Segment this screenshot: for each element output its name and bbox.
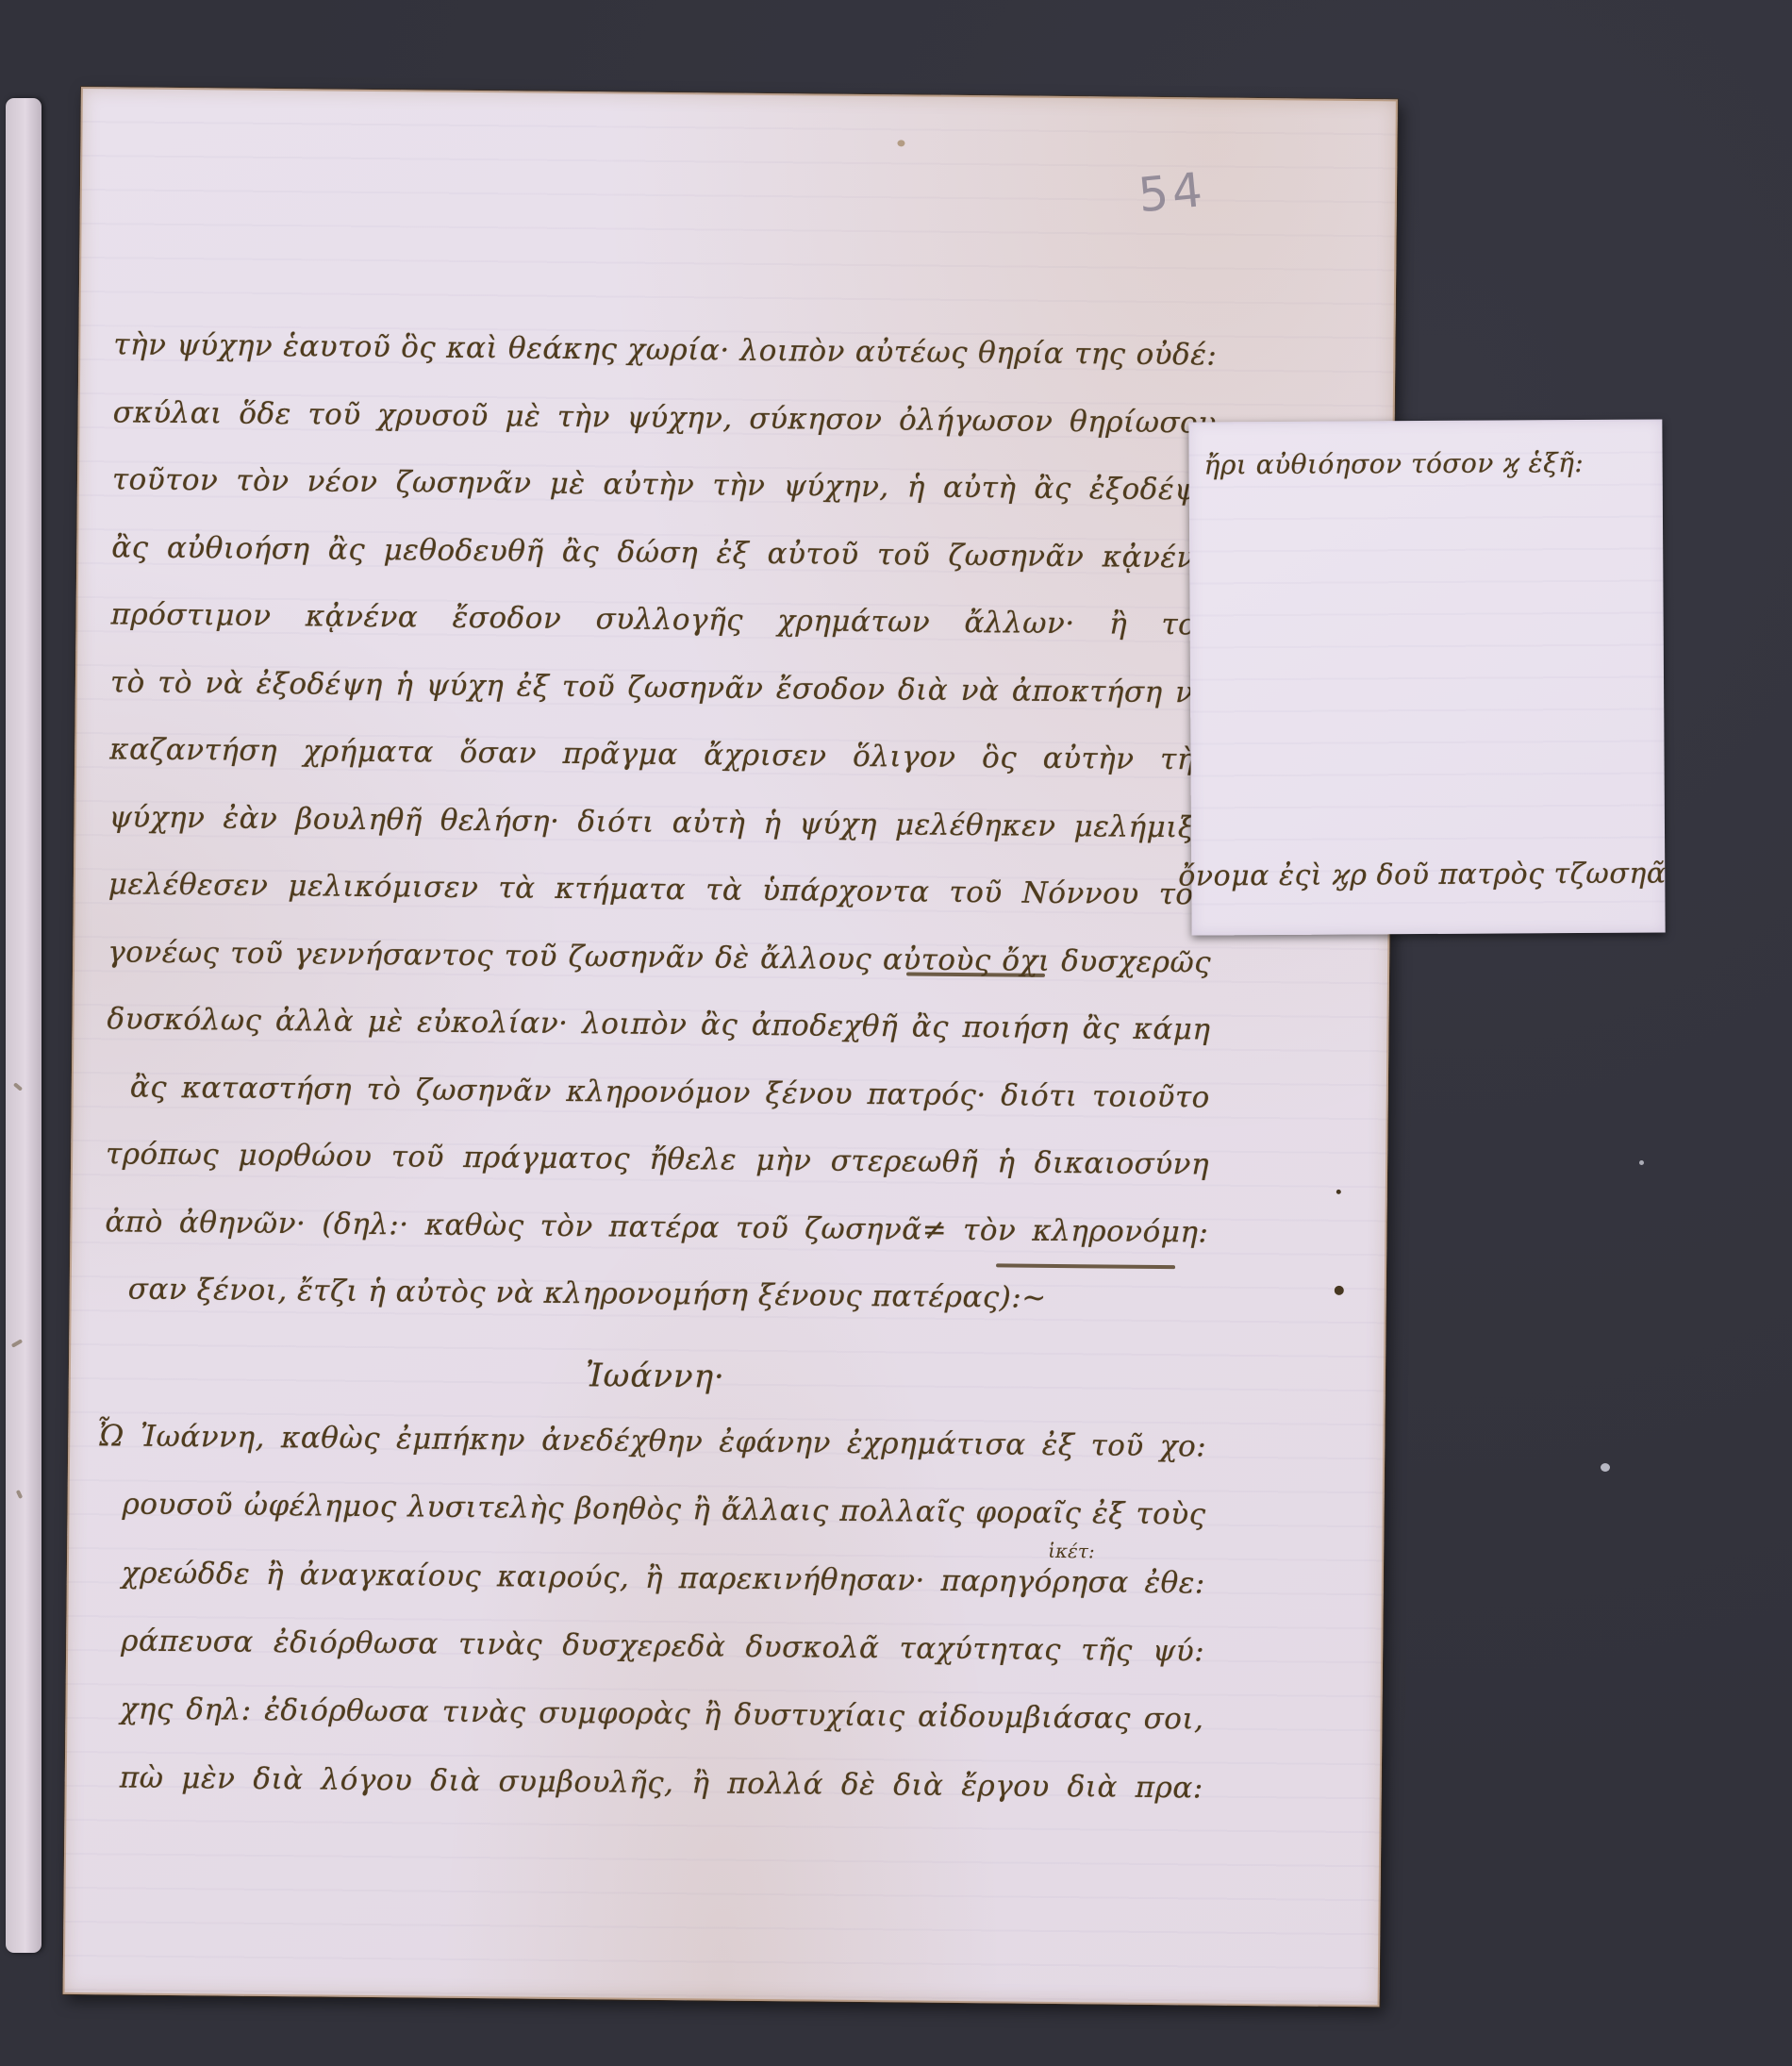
paper-speck [897, 140, 904, 146]
ink-blot [1335, 1286, 1344, 1295]
paragraph-line: Ὦ Ἰωάννη, καθὼς ἐμπήκην ἀνεδέχθην ἐφάνην… [96, 1417, 1206, 1471]
marginal-slip: ἤρι αὐθιόησον τόσον ϗ ἑξῆ: ὄνομα ἐςὶ ϗρ … [1188, 419, 1665, 935]
edge-ink-trace [13, 1082, 23, 1091]
manuscript-page: 54 τὴν ψύχην ἑαυτοῦ ὃς καὶ θεάκης χωρία·… [63, 87, 1398, 2007]
interlinear-insertion: ἱκέτ: [1048, 1541, 1218, 1562]
underline-mark [996, 1263, 1175, 1269]
slip-note-line-2: ὄνομα ἐςὶ ϗρ δοῦ πατρὸς τζωσηᾶ [1178, 855, 1666, 894]
manuscript-line: πρόστιμον κᾀνένα ἔσοδον συλλογῆς χρημάτω… [110, 595, 1214, 649]
paper-speck [1639, 1160, 1644, 1165]
manuscript-line: σαν ξένοι, ἔτζι ἡ αὐτὸς νὰ κληρονομήση ξ… [128, 1271, 1166, 1325]
manuscript-line: τρόπως μορθώου τοῦ πράγματος ἤθελε μὴν σ… [106, 1135, 1209, 1189]
paper-speck [1601, 1463, 1610, 1472]
edge-ink-trace [16, 1490, 23, 1499]
edge-ink-trace [11, 1339, 23, 1347]
manuscript-line: τὸ τὸ νὰ ἐξοδέψη ἡ ψύχη ἐξ τοῦ ζωσηνᾶν ἔ… [110, 663, 1214, 717]
section-heading: Ἰωάννη· [104, 1352, 1207, 1401]
paragraph-line: χης δηλ: ἐδιόρθωσα τινὰς συμφορὰς ἢ δυστ… [120, 1690, 1203, 1743]
paragraph-line: ρουσοῦ ὠφέλημος λυσιτελὴς βοηθὸς ἢ ἄλλαι… [122, 1485, 1205, 1539]
manuscript-line: μελέθεσεν μελικόμισεν τὰ κτήματα τὰ ὑπάρ… [108, 865, 1212, 919]
paragraph-line: χρεώδδε ἢ ἀναγκαίους καιρούς, ἢ παρεκινή… [122, 1554, 1205, 1608]
paragraph-line: πὼ μὲν διὰ λόγου διὰ συμβουλῆς, ἢ πολλά … [120, 1758, 1203, 1812]
manuscript-line: ἀπὸ ἀθηνῶν· (δηλ:· καθὼς τὸν πατέρα τοῦ … [105, 1203, 1208, 1257]
ink-blot [1336, 1190, 1341, 1194]
manuscript-line: ψύχην ἐὰν βουληθῆ θελήση· διότι αὐτὴ ἡ ψ… [108, 798, 1212, 852]
manuscript-line: τοῦτον τὸν νέον ζωσηνᾶν μὲ αὐτὴν τὴν ψύχ… [112, 460, 1216, 514]
manuscript-line: γονέως τοῦ γεννήσαντος τοῦ ζωσηνᾶν δὲ ἄλ… [108, 933, 1211, 987]
manuscript-line: ἂς καταστήση τὸ ζωσηνᾶν κληρονόμον ξένου… [130, 1069, 1210, 1123]
manuscript-line: δυσκόλως ἀλλὰ μὲ εὐκολίαν· λοιπὸν ἂς ἀπο… [107, 1000, 1210, 1054]
manuscript-photograph: 54 τὴν ψύχην ἑαυτοῦ ὃς καὶ θεάκης χωρία·… [0, 0, 1792, 2066]
manuscript-line: τὴν ψύχην ἑαυτοῦ ὃς καὶ θεάκης χωρία· λο… [113, 325, 1217, 379]
slip-note-line-1: ἤρι αὐθιόησον τόσον ϗ ἑξῆ: [1204, 446, 1585, 483]
manuscript-line: σκύλαι ὅδε τοῦ χρυσοῦ μὲ τὴν ψύχην, σύκη… [112, 393, 1216, 447]
manuscript-line: ἂς αὐθιοήση ἂς μεθοδευθῆ ἂς δώση ἐξ αὐτο… [111, 528, 1215, 582]
paragraph-line: ράπευσα ἐδιόρθωσα τινὰς δυσχερεδὰ δυσκολ… [121, 1622, 1204, 1675]
manuscript-line: καζαντήση χρήματα ὅσαν πρᾶγμα ἄχρισεν ὅλ… [109, 730, 1213, 784]
book-page-edge [6, 98, 41, 1953]
page-number-pencil: 54 [1137, 166, 1208, 220]
